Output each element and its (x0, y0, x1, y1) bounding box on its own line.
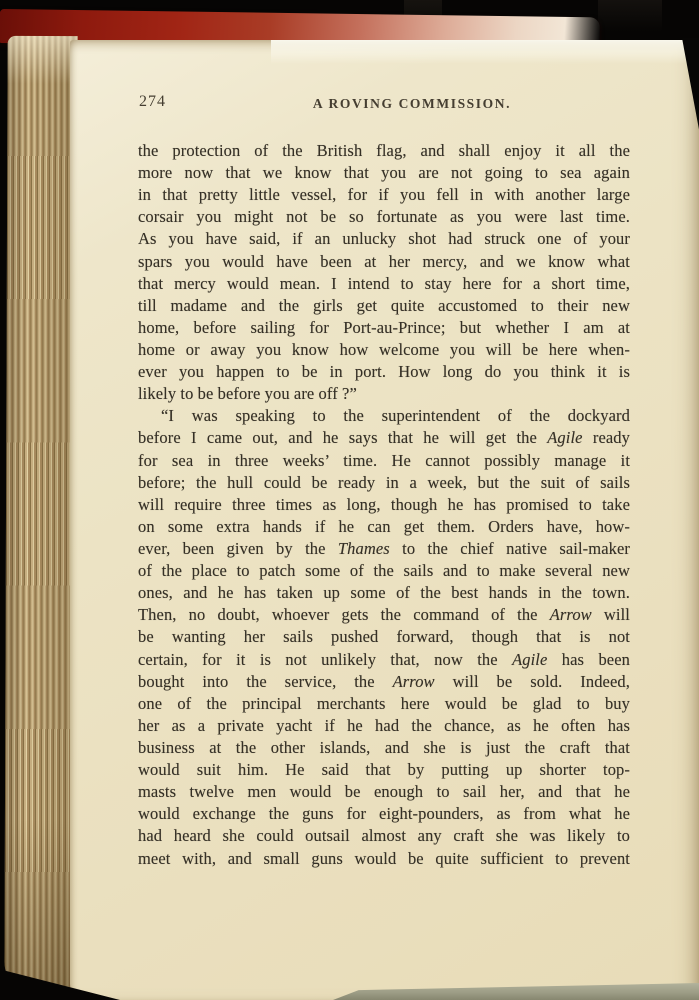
text-segment: has been (547, 650, 630, 669)
text-segment: likely to be before you are off ?” (138, 384, 357, 403)
book-photo: 274 A ROVING COMMISSION. the protection … (0, 0, 699, 1000)
text-segment: for sea in three weeks’ time. He cannot … (138, 451, 630, 470)
text-line: meet with, and small guns would be quite… (138, 848, 630, 870)
text-line: one of the principal merchants here woul… (138, 693, 630, 715)
text-segment: ever, been given by the (138, 539, 338, 558)
text-line: of the place to patch some of the sails … (138, 560, 630, 582)
text-segment: till madame and the girls get quite accu… (138, 296, 630, 315)
text-segment: home, before sailing for Port-au-Prince;… (138, 318, 630, 337)
text-line: the protection of the British flag, and … (138, 140, 630, 162)
text-line: be wanting her sails pushed forward, tho… (138, 626, 630, 648)
text-segment: spars you would have been at her mercy, … (138, 252, 630, 271)
text-line: will require three times as long, though… (138, 494, 630, 516)
text-segment: would exchange the guns for eight-pounde… (138, 804, 630, 823)
page-edges-fanned (4, 36, 77, 992)
text-segment: in that pretty little vessel, for if you… (138, 185, 630, 204)
text-segment: bought into the service, the (138, 672, 393, 691)
ship-name-italic: Arrow (550, 605, 592, 624)
text-line: certain, for it is not unlikely that, no… (138, 649, 630, 671)
text-segment: be wanting her sails pushed forward, tho… (138, 627, 630, 646)
ship-name-italic: Arrow (393, 672, 435, 691)
text-segment: on some extra hands if he can get them. … (138, 517, 630, 536)
text-segment: will (592, 605, 630, 624)
text-segment: ever you happen to be in port. How long … (138, 362, 630, 381)
text-line: As you have said, if an unlucky shot had… (138, 228, 630, 250)
text-line: on some extra hands if he can get them. … (138, 516, 630, 538)
page-header: 274 A ROVING COMMISSION. (138, 93, 630, 115)
text-segment: ready (583, 428, 630, 447)
text-line: would exchange the guns for eight-pounde… (138, 803, 630, 825)
text-line: before; the hull could be ready in a wee… (138, 472, 630, 494)
text-line: likely to be before you are off ?” (138, 383, 630, 405)
text-segment: of the place to patch some of the sails … (138, 561, 630, 580)
text-line: in that pretty little vessel, for if you… (138, 184, 630, 206)
text-line: before I came out, and he says that he w… (138, 427, 630, 449)
text-segment: meet with, and small guns would be quite… (138, 849, 630, 868)
text-segment: ones, and he has taken up some of the be… (138, 583, 630, 602)
text-line: home, before sailing for Port-au-Prince;… (138, 317, 630, 339)
text-segment: corsair you might not be so fortunate as… (138, 207, 630, 226)
text-segment: her as a private yacht if he had the cha… (138, 716, 630, 735)
text-segment: certain, for it is not unlikely that, no… (138, 650, 512, 669)
text-line: would suit him. He said that by putting … (138, 759, 630, 781)
background-smudge (598, 0, 662, 32)
text-line: till madame and the girls get quite accu… (138, 295, 630, 317)
book-page: 274 A ROVING COMMISSION. the protection … (70, 40, 699, 1000)
text-segment: one of the principal merchants here woul… (138, 694, 630, 713)
text-segment: that mercy would mean. I intend to stay … (138, 274, 630, 293)
text-segment: masts twelve men would be enough to sail… (138, 782, 630, 801)
text-line: corsair you might not be so fortunate as… (138, 206, 630, 228)
text-line: masts twelve men would be enough to sail… (138, 781, 630, 803)
text-segment: more now that we know that you are not g… (138, 163, 630, 182)
text-segment: business at the other islands, and she i… (138, 738, 630, 757)
text-segment: the protection of the British flag, and … (138, 141, 630, 160)
text-segment: Then, no doubt, whoever gets the command… (138, 605, 550, 624)
page-top-highlight (271, 40, 699, 64)
text-line: “I was speaking to the superintendent of… (138, 405, 630, 427)
text-segment: to the chief native sail-maker (390, 539, 630, 558)
text-segment: before; the hull could be ready in a wee… (138, 473, 630, 492)
text-segment: before I came out, and he says that he w… (138, 428, 547, 447)
text-line: had heard she could outsail almost any c… (138, 825, 630, 847)
text-segment: As you have said, if an unlucky shot had… (138, 229, 630, 248)
text-segment: will be sold. Indeed, (435, 672, 630, 691)
text-segment: “I was speaking to the superintendent of… (161, 406, 630, 425)
text-segment: home or away you know how welcome you wi… (138, 340, 630, 359)
body-text: the protection of the British flag, and … (138, 140, 630, 870)
ship-name-italic: Agile (547, 428, 582, 447)
text-line: more now that we know that you are not g… (138, 162, 630, 184)
text-line: spars you would have been at her mercy, … (138, 251, 630, 273)
text-line: for sea in three weeks’ time. He cannot … (138, 450, 630, 472)
text-line: Then, no doubt, whoever gets the command… (138, 604, 630, 626)
text-line: that mercy would mean. I intend to stay … (138, 273, 630, 295)
text-line: home or away you know how welcome you wi… (138, 339, 630, 361)
text-line: business at the other islands, and she i… (138, 737, 630, 759)
text-line: ever, been given by the Thames to the ch… (138, 538, 630, 560)
text-line: ever you happen to be in port. How long … (138, 361, 630, 383)
text-line: her as a private yacht if he had the cha… (138, 715, 630, 737)
text-segment: would suit him. He said that by putting … (138, 760, 630, 779)
ship-name-italic: Thames (338, 539, 390, 558)
ship-name-italic: Agile (512, 650, 547, 669)
text-line: ones, and he has taken up some of the be… (138, 582, 630, 604)
running-title: A ROVING COMMISSION. (138, 96, 630, 112)
text-segment: had heard she could outsail almost any c… (138, 826, 630, 845)
text-segment: will require three times as long, though… (138, 495, 630, 514)
text-line: bought into the service, the Arrow will … (138, 671, 630, 693)
